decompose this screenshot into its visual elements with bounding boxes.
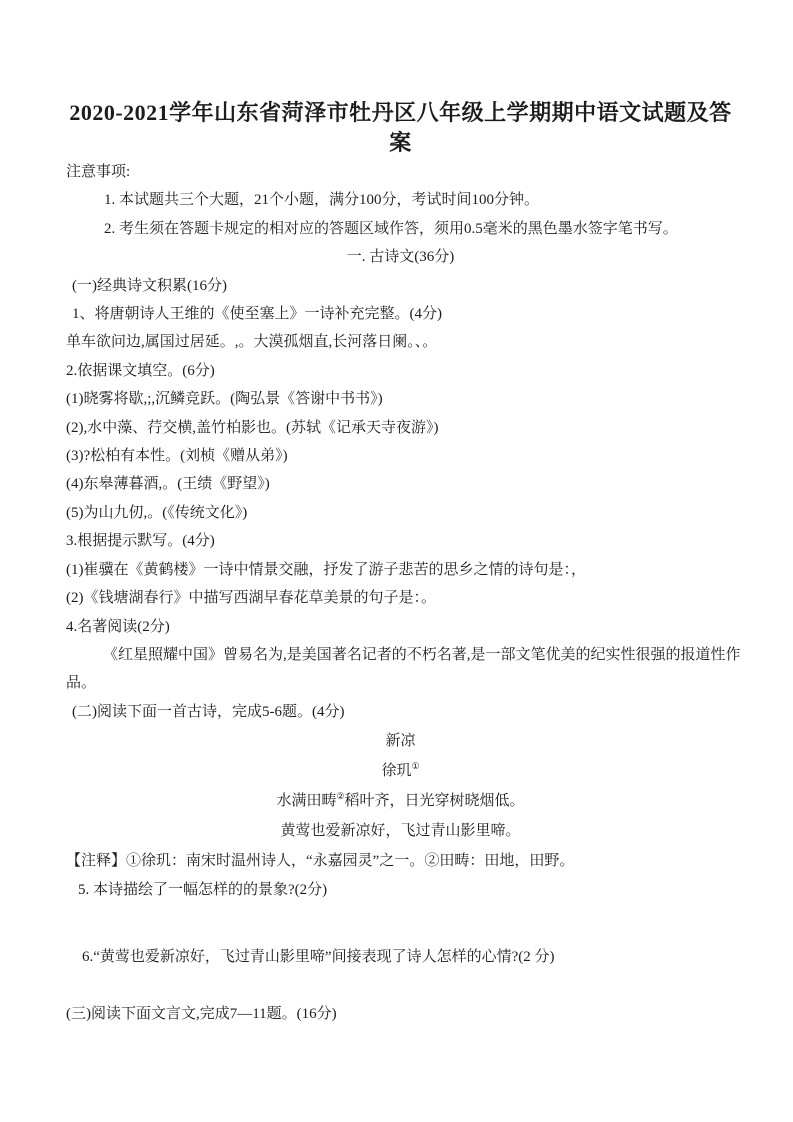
section-one-heading: 一. 古诗文(36分)	[66, 243, 735, 271]
question-5-prompt: 5. 本诗描绘了一幅怎样的的景象?(2分)	[66, 876, 735, 904]
poem-line-2: 黄莺也爱新凉好，飞过青山影里啼。	[66, 816, 735, 846]
part-three-heading: (三)阅读下面文言文,完成7—11题。(16分)	[66, 1000, 735, 1028]
poem-line-1-pre: 水满田畴	[276, 793, 336, 809]
document-title-line1: 2020-2021学年山东省菏泽市牡丹区八年级上学期期中语文试题及答	[66, 98, 735, 128]
question-2-item-3: (3)?松柏有本性。(刘桢《赠从弟》)	[66, 442, 735, 470]
part-one-heading: (一)经典诗文积累(16分)	[66, 272, 735, 300]
exam-document-page: 2020-2021学年山东省菏泽市牡丹区八年级上学期期中语文试题及答 案 注意事…	[0, 0, 793, 1122]
document-title: 2020-2021学年山东省菏泽市牡丹区八年级上学期期中语文试题及答 案	[66, 98, 735, 158]
question-6-prompt: 6.“黄莺也爱新凉好，飞过青山影里啼”间接表现了诗人怎样的心情?(2 分)	[66, 943, 735, 971]
question-2-item-1: (1)晓雾将歇,;,沉鳞竞跃。(陶弘景《答谢中书书》)	[66, 385, 735, 413]
document-title-line2: 案	[66, 128, 735, 158]
notice-item-1: 1. 本试题共三个大题，21个小题，满分100分，考试时间100分钟。	[66, 186, 735, 214]
question-1-prompt: 1、将唐朝诗人王维的《使至塞上》一诗补充完整。(4分)	[66, 300, 735, 328]
notice-item-2: 2. 考生须在答题卡规定的相对应的答题区域作答，须用0.5毫米的黑色墨水签字笔书…	[66, 215, 735, 243]
question-2-item-2: (2),水中藻、荇交横,盖竹柏影也。(苏轼《记承天寺夜游》)	[66, 414, 735, 442]
poem-line-1-post: 稻叶齐，日光穿树晓烟低。	[345, 793, 525, 809]
notice-heading: 注意事项:	[66, 158, 735, 186]
question-3-item-1: (1)崔骥在《黄鹤楼》一诗中情景交融，抒发了游子悲苦的思乡之情的诗句是：，	[66, 556, 735, 584]
poem-author-name: 徐玑	[381, 763, 411, 779]
question-2-prompt: 2.依据课文填空。(6分)	[66, 357, 735, 385]
poem-notes: 【注释】①徐玑：南宋时温州诗人，“永嘉园灵”之一。②田畴：田地，田野。	[66, 846, 735, 876]
question-3-item-2: (2)《钱塘湖春行》中描写西湖早春花草美景的句子是：。	[66, 584, 735, 612]
poem-title: 新凉	[66, 726, 735, 756]
poem-line-1-note-ref: ②	[336, 791, 344, 801]
poem-line-1: 水满田畴②稻叶齐，日光穿树晓烟低。	[66, 786, 735, 816]
question-4-body-line1: 《红星照耀中国》曾易名为,是美国著名记者的不朽名著,是一部文笔优美的纪实性很强的…	[66, 641, 735, 669]
question-4-prompt: 4.名著阅读(2分)	[66, 613, 735, 641]
question-2-item-4: (4)东皋薄暮酒,。(王绩《野望》)	[66, 470, 735, 498]
poem-author-note-ref: ①	[411, 761, 419, 771]
question-2-item-5: (5)为山九仞,。(《传统文化》)	[66, 499, 735, 527]
question-4-body-line2: 品。	[66, 669, 735, 697]
question-3-prompt: 3.根据提示默写。(4分)	[66, 527, 735, 555]
part-two-heading: (二)阅读下面一首古诗，完成5-6题。(4分)	[66, 698, 735, 726]
question-1-body: 单车欲问边,属国过居延。,。大漠孤烟直,长河落日阑。、。	[66, 328, 735, 356]
poem-author: 徐玑①	[66, 756, 735, 786]
